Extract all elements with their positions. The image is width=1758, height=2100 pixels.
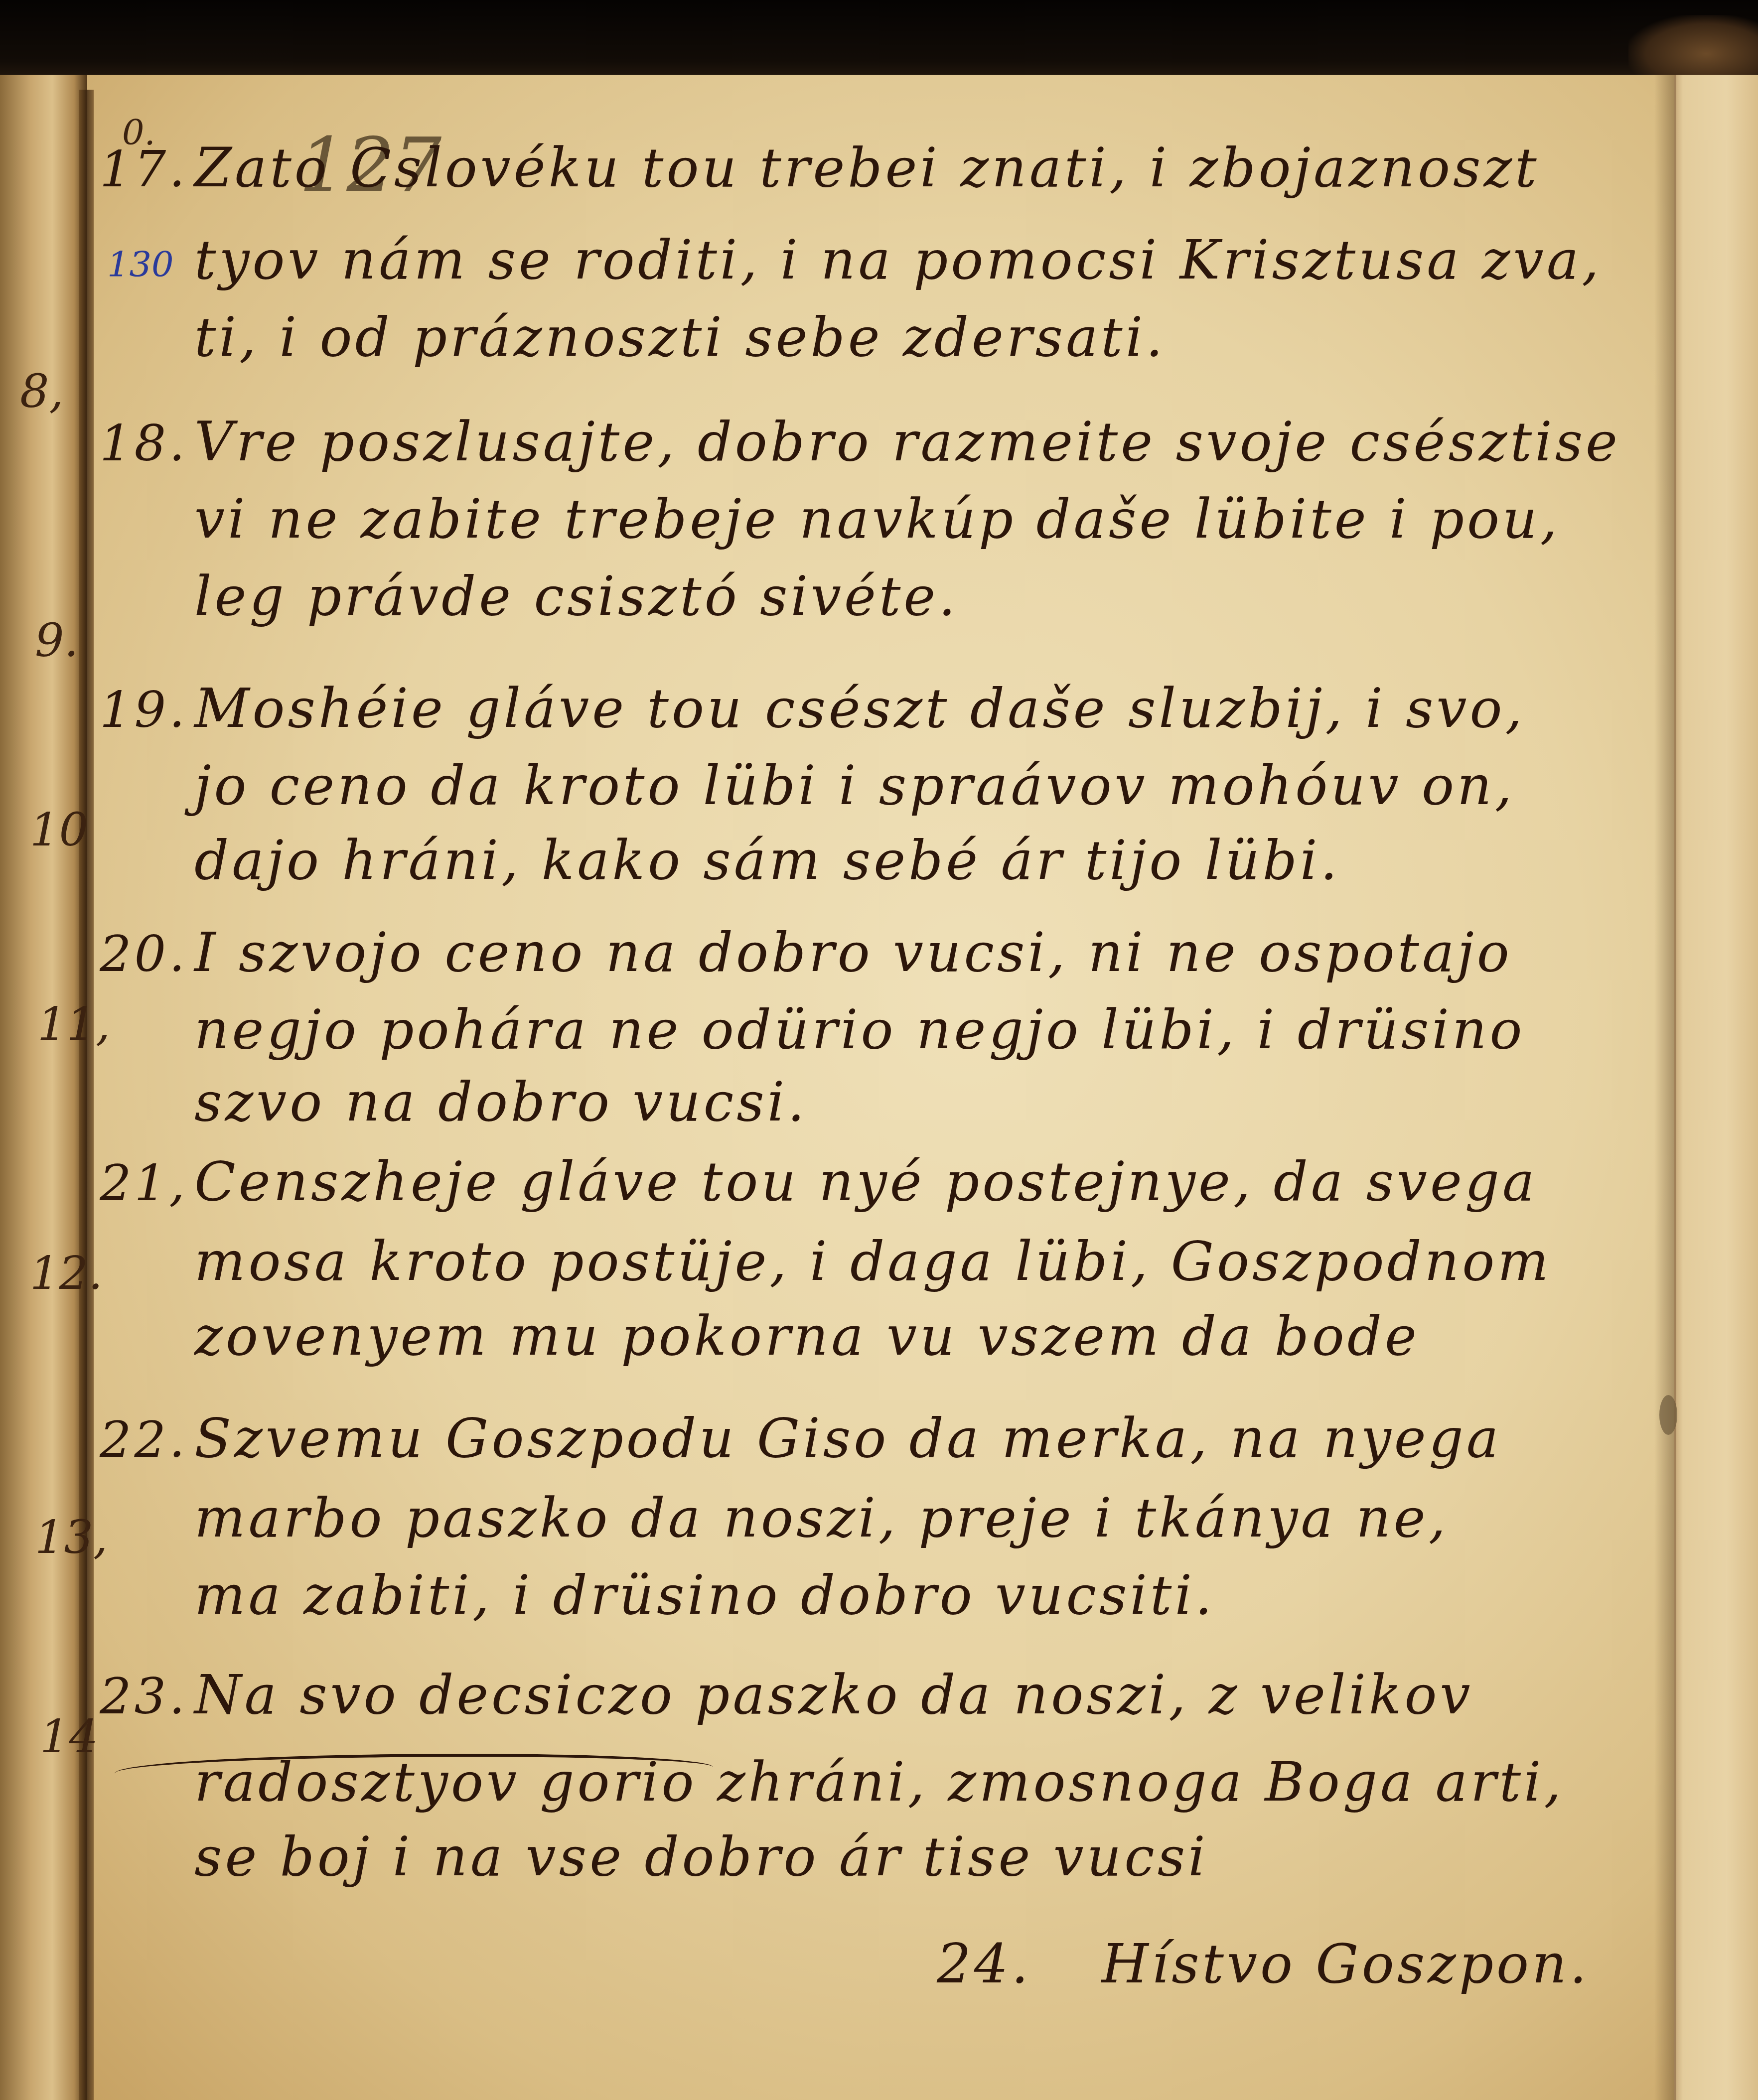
text-line: 17.Zato Cslovéku tou trebei znati, i zbo… [100, 137, 1540, 199]
text-line: marbo paszko da noszi, preje i tkánya ne… [100, 1487, 1449, 1549]
text-line: jo ceno da kroto lübi i spraávov mohóuv … [100, 755, 1515, 817]
text-line: negjo pohára ne odürio negjo lübi, i drü… [100, 999, 1525, 1061]
right-facing-leaf [1674, 75, 1758, 2100]
margin-number: 12. [30, 1251, 103, 1296]
text-line: tyov nám se roditi, i na pomocsi Krisztu… [100, 229, 1602, 291]
text-line: szvo na dobro vucsi. [100, 1071, 808, 1133]
margin-number: 8, [20, 369, 64, 415]
text-line: dajo hráni, kako sám sebé ár tijo lübi. [100, 830, 1340, 892]
section-number: 22. [100, 1410, 194, 1469]
section-number: 21, [100, 1154, 194, 1212]
text-line: leg právde csisztó sivéte. [100, 565, 959, 628]
text-line: ma zabiti, i drüsino dobro vucsiti. [100, 1564, 1215, 1627]
text-line: 20.I szvojo ceno na dobro vucsi, ni ne o… [100, 922, 1512, 984]
binding-fold [79, 90, 94, 2100]
section-number: 17. [100, 140, 194, 198]
text-line: 23.Na svo decsiczo paszko da noszi, z ve… [100, 1664, 1473, 1726]
section-number: 23. [100, 1667, 194, 1725]
margin-number: 13, [35, 1515, 108, 1560]
text-line: 21,Censzheje gláve tou nyé postejnye, da… [100, 1151, 1537, 1213]
section-number: 19. [100, 681, 194, 739]
text-line: 19.Moshéie gláve tou csészt daše sluzbij… [100, 678, 1525, 740]
text-line: ti, i od práznoszti sebe zdersati. [100, 306, 1166, 369]
text-line: mosa kroto postüje, i daga lübi, Goszpod… [100, 1231, 1552, 1293]
ink-blot [1659, 1395, 1677, 1435]
text-line: se boj i na vse dobro ár tise vucsi [100, 1826, 1208, 1888]
margin-number: 9. [35, 618, 79, 664]
footer-text: Hístvo Goszpon. [1101, 1933, 1590, 1995]
section-number: 20. [100, 925, 194, 983]
section-number: 18. [100, 414, 194, 472]
margin-number: 14 [40, 1714, 98, 1760]
text-line: vi ne zabite trebeje navkúp daše lübite … [100, 488, 1560, 551]
dark-background-top [0, 0, 1758, 87]
text-line: 18.Vre poszlusajte, dobro razmeite svoje… [100, 411, 1620, 473]
page-edge-shadow [1654, 75, 1676, 2100]
text-line: zovenyem mu pokorna vu vszem da bode [100, 1305, 1420, 1368]
footer-entry: 24. Hístvo Goszpon. [937, 1933, 1590, 1995]
text-line: 22.Szvemu Goszpodu Giso da merka, na nye… [100, 1407, 1501, 1470]
footer-number: 24. [937, 1933, 1031, 1995]
margin-number: 10 [30, 807, 88, 853]
torn-cover-edge [1628, 15, 1758, 80]
